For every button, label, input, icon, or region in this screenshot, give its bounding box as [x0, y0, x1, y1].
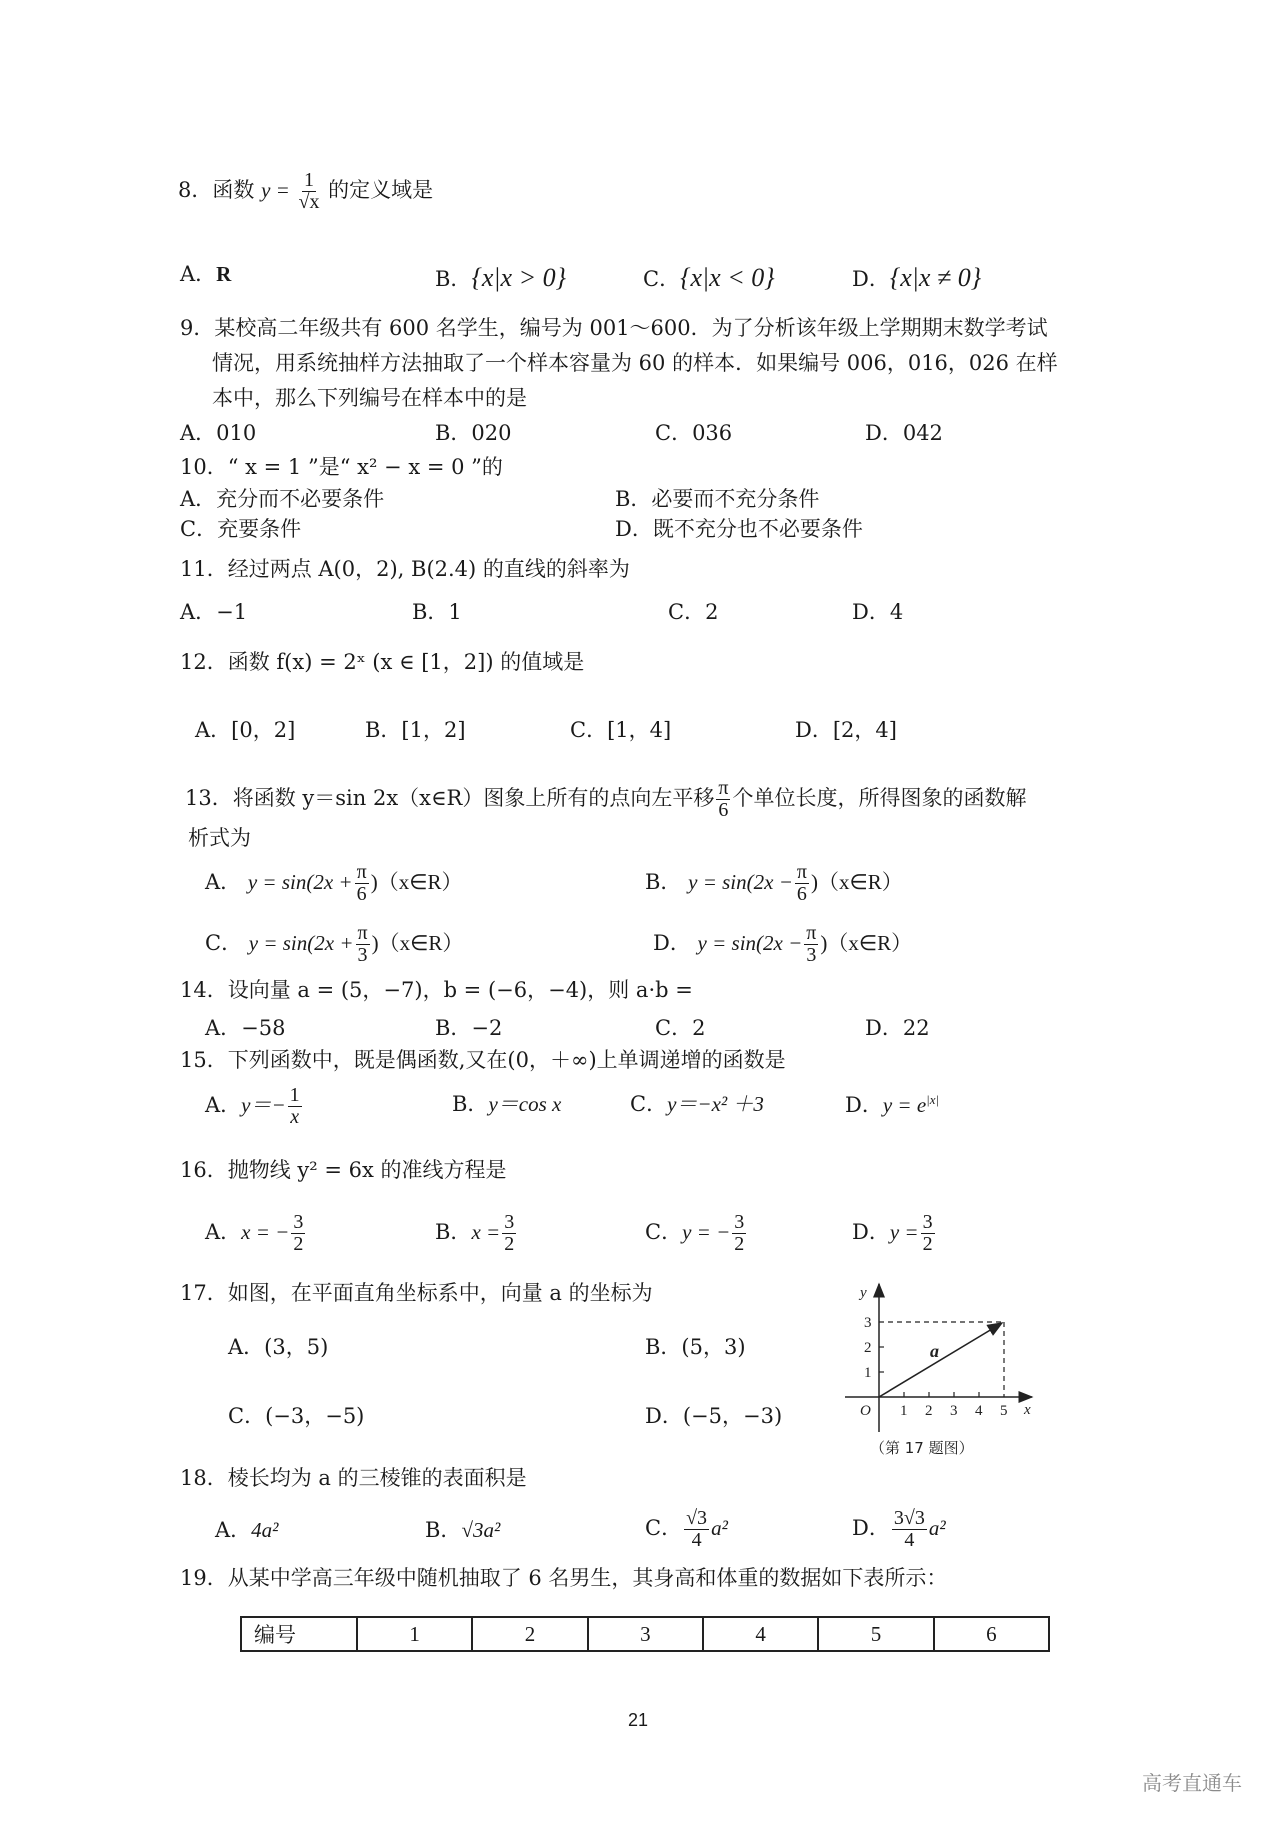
option-label: C． — [643, 267, 680, 291]
option-expr: y = sin(2x − — [688, 870, 793, 894]
q9-option-c[interactable]: C．036 — [655, 421, 732, 446]
x-axis-label: x — [1023, 1402, 1031, 1418]
option-expr: y = − — [682, 1220, 730, 1244]
option-expr: y＝− — [241, 1093, 286, 1117]
frac-den: 2 — [504, 1234, 514, 1255]
q13-stem: 13．将函数 y＝sin 2x（x∈R）图象上所有的点向左平移π6个单位长度，所… — [185, 778, 1026, 821]
q13-option-a[interactable]: A． y = sin(2x +π6)（x∈R） — [205, 862, 463, 905]
q13-fraction: π6 — [716, 778, 730, 821]
option-expr: √3a² — [461, 1518, 500, 1542]
q13-text-pre: 13．将函数 y＝sin 2x（x∈R）图象上所有的点向左平移 — [185, 786, 714, 810]
y-tick-2: 2 — [864, 1340, 872, 1356]
frac-den: 2 — [293, 1234, 303, 1255]
option-expr: y = e — [883, 1093, 926, 1117]
q10-option-a[interactable]: A．充分而不必要条件 — [180, 487, 384, 512]
frac-num: 3 — [291, 1212, 305, 1234]
frac-num: 1 — [288, 1085, 302, 1107]
q17-coordinate-figure: 1 2 3 4 5 1 2 3 O x y a （第 17 题图） — [820, 1272, 1060, 1462]
option-fraction: 1x — [288, 1085, 302, 1128]
q11-option-d[interactable]: D．4 — [852, 600, 903, 625]
q18-option-c[interactable]: C．√34a² — [645, 1508, 728, 1551]
q17-option-b[interactable]: B．(5，3) — [645, 1335, 746, 1360]
q15-option-a[interactable]: A．y＝−1x — [205, 1085, 304, 1128]
option-domain: )（x∈R） — [811, 870, 903, 894]
option-expr: a² — [929, 1516, 946, 1540]
option-label: A． — [205, 870, 241, 894]
option-fraction: π3 — [804, 923, 818, 966]
q9-line-2: 情况，用系统抽样方法抽取了一个样本容量为 60 的样本．如果编号 006，016… — [212, 351, 1058, 376]
q15-stem: 15．下列函数中，既是偶函数,又在(0，＋∞)上单调递增的函数是 — [180, 1048, 786, 1073]
option-domain: )（x∈R） — [371, 870, 463, 894]
frac-den: 2 — [734, 1234, 744, 1255]
q17-option-a[interactable]: A．(3，5) — [228, 1335, 328, 1360]
q10-option-d[interactable]: D．既不充分也不必要条件 — [615, 517, 863, 542]
q13-line-2: 析式为 — [188, 826, 251, 851]
option-label: D． — [852, 1516, 890, 1540]
option-label: C． — [645, 1220, 682, 1244]
option-expr: y = sin(2x + — [248, 870, 353, 894]
q13-option-d[interactable]: D． y = sin(2x −π3)（x∈R） — [653, 923, 912, 966]
q15-option-b[interactable]: B．y＝cos x — [452, 1092, 561, 1117]
option-label: B． — [425, 1518, 461, 1542]
option-value: {x|x < 0} — [680, 263, 775, 292]
q8-text-post: 的定义域是 — [328, 178, 433, 202]
option-fraction: √34 — [684, 1508, 709, 1551]
x-tick-1: 1 — [900, 1403, 908, 1419]
q10-option-b[interactable]: B．必要而不充分条件 — [615, 487, 819, 512]
frac-num: 3 — [921, 1212, 935, 1234]
q19-stem: 19．从某中学高三年级中随机抽取了 6 名男生，其身高和体重的数据如下表所示： — [180, 1566, 947, 1591]
q18-option-d[interactable]: D．3√34a² — [852, 1508, 946, 1551]
table-header-cell: 2 — [472, 1617, 587, 1651]
q14-option-a[interactable]: A．−58 — [205, 1016, 285, 1041]
q12-option-a[interactable]: A．[0，2] — [195, 718, 295, 743]
q13-text-post: 个单位长度，所得图象的函数解 — [732, 786, 1026, 810]
q19-data-table: 编号 1 2 3 4 5 6 — [240, 1616, 1050, 1652]
q9-option-a[interactable]: A．010 — [180, 421, 256, 446]
option-label: D． — [653, 931, 691, 955]
frac-num: √3 — [684, 1508, 709, 1530]
option-fraction: 3√34 — [892, 1508, 927, 1551]
q17-stem: 17．如图，在平面直角坐标系中，向量 a 的坐标为 — [180, 1281, 653, 1306]
option-label: B． — [435, 267, 471, 291]
option-label: C． — [645, 1516, 682, 1540]
option-fraction: 32 — [502, 1212, 516, 1255]
frac-den: 6 — [797, 884, 807, 905]
q9-line-3: 本中，那么下列编号在样本中的是 — [212, 386, 527, 411]
q8-expr: y = — [261, 178, 290, 202]
option-expr: y＝−x² ＋3 — [667, 1092, 764, 1116]
option-label: A． — [205, 1093, 241, 1117]
frac-den: 2 — [923, 1234, 933, 1255]
frac-num: 3√3 — [892, 1508, 927, 1530]
q14-option-c[interactable]: C．2 — [655, 1016, 705, 1041]
q8-fraction: 1√x — [299, 170, 320, 213]
q10-stem: 10．“ x = 1 ”是“ x² − x = 0 ”的 — [180, 455, 503, 480]
option-label: D． — [852, 267, 890, 291]
y-axis-label: y — [858, 1285, 867, 1301]
option-expr: y = — [890, 1220, 919, 1244]
x-tick-5: 5 — [1000, 1403, 1008, 1419]
q8-stem: 8．函数 y = 1√x 的定义域是 — [178, 170, 433, 213]
q12-option-c[interactable]: C．[1，4] — [570, 718, 671, 743]
option-expr: a² — [711, 1516, 728, 1540]
q16-option-b[interactable]: B．x =32 — [435, 1212, 518, 1255]
option-label: A． — [180, 262, 216, 286]
option-fraction: 32 — [921, 1212, 935, 1255]
q9-option-b[interactable]: B．020 — [435, 421, 512, 446]
q16-option-a[interactable]: A．x = −32 — [205, 1212, 307, 1255]
option-fraction: 32 — [291, 1212, 305, 1255]
option-exponent: |x| — [926, 1092, 939, 1107]
option-label: C． — [205, 931, 242, 955]
option-label: B． — [645, 870, 681, 894]
x-tick-4: 4 — [975, 1403, 983, 1419]
frac-den: 4 — [904, 1530, 914, 1551]
table-header-cell: 1 — [357, 1617, 472, 1651]
table-row: 编号 1 2 3 4 5 6 — [241, 1617, 1049, 1651]
q8-option-a[interactable]: A．R — [180, 262, 231, 287]
frac-num: 1 — [302, 170, 316, 192]
q16-stem: 16．抛物线 y² = 6x 的准线方程是 — [180, 1158, 507, 1183]
q16-option-c[interactable]: C．y = −32 — [645, 1212, 748, 1255]
q18-option-b[interactable]: B．√3a² — [425, 1518, 500, 1543]
option-expr: y = sin(2x + — [249, 931, 354, 955]
q14-option-d[interactable]: D．22 — [865, 1016, 930, 1041]
q8-text-pre: 函数 — [212, 178, 254, 202]
q11-option-b[interactable]: B．1 — [412, 600, 462, 625]
option-expr: y＝cos x — [488, 1092, 561, 1116]
frac-den: 3 — [806, 945, 816, 966]
frac-den: 4 — [692, 1530, 702, 1551]
q14-stem: 14．设向量 a = (5，−7)，b = (−6，−4)，则 a·b = — [180, 978, 693, 1003]
option-domain: )（x∈R） — [372, 931, 464, 955]
q11-option-c[interactable]: C．2 — [668, 600, 718, 625]
vector-label: a — [930, 1341, 939, 1361]
frac-num: π — [356, 923, 370, 945]
option-value: {x|x > 0} — [471, 263, 566, 292]
q13-option-c[interactable]: C． y = sin(2x +π3)（x∈R） — [205, 923, 463, 966]
option-label: C． — [630, 1092, 667, 1116]
frac-num: π — [804, 923, 818, 945]
x-tick-3: 3 — [950, 1403, 958, 1419]
q13-option-b[interactable]: B． y = sin(2x −π6)（x∈R） — [645, 862, 903, 905]
frac-num: π — [716, 778, 730, 800]
table-header-cell: 编号 — [241, 1617, 357, 1651]
table-header-cell: 6 — [934, 1617, 1049, 1651]
q11-stem: 11．经过两点 A(0，2), B(2.4) 的直线的斜率为 — [180, 557, 630, 582]
q12-option-d[interactable]: D．[2，4] — [795, 718, 897, 743]
option-expr: y = sin(2x − — [698, 931, 803, 955]
frac-num: 3 — [502, 1212, 516, 1234]
q9-option-d[interactable]: D．042 — [865, 421, 943, 446]
q14-option-b[interactable]: B．−2 — [435, 1016, 502, 1041]
option-label: D． — [852, 1220, 890, 1244]
q16-option-d[interactable]: D．y =32 — [852, 1212, 937, 1255]
q12-stem: 12．函数 f(x) = 2ˣ (x ∈ [1，2]) 的值域是 — [180, 650, 584, 675]
q17-option-c[interactable]: C．(−3，−5) — [228, 1404, 364, 1429]
option-expr: 4a² — [251, 1518, 278, 1542]
frac-den: √x — [299, 192, 320, 213]
page-number: 21 — [628, 1710, 648, 1731]
y-tick-3: 3 — [864, 1315, 872, 1331]
x-tick-2: 2 — [925, 1403, 933, 1419]
frac-num: 3 — [732, 1212, 746, 1234]
frac-num: π — [355, 862, 369, 884]
q12-option-b[interactable]: B．[1，2] — [365, 718, 466, 743]
frac-den: 6 — [718, 800, 728, 821]
q11-option-a[interactable]: A．−1 — [180, 600, 247, 625]
option-label: A． — [205, 1220, 241, 1244]
y-tick-1: 1 — [864, 1365, 872, 1381]
q18-option-a[interactable]: A．4a² — [215, 1518, 278, 1543]
q15-option-d[interactable]: D．y = e|x| — [845, 1092, 939, 1118]
q8-option-c[interactable]: C．{x|x < 0} — [643, 262, 775, 293]
frac-den: 3 — [358, 945, 368, 966]
option-expr: x = − — [241, 1220, 289, 1244]
origin-label: O — [860, 1403, 871, 1419]
option-fraction: π6 — [355, 862, 369, 905]
option-domain: )（x∈R） — [820, 931, 912, 955]
table-header-cell: 5 — [818, 1617, 933, 1651]
option-value: {x|x ≠ 0} — [890, 263, 981, 292]
frac-den: 6 — [357, 884, 367, 905]
option-fraction: π3 — [356, 923, 370, 966]
vector-a — [879, 1323, 1002, 1397]
option-expr: x = — [471, 1220, 500, 1244]
figure-caption: （第 17 题图） — [870, 1439, 974, 1457]
q8-number: 8． — [178, 178, 212, 202]
q9-line-1: 9．某校高二年级共有 600 名学生，编号为 001～600．为了分析该年级上学… — [180, 316, 1048, 341]
option-label: B． — [435, 1220, 471, 1244]
q8-option-d[interactable]: D．{x|x ≠ 0} — [852, 262, 981, 293]
q10-option-c[interactable]: C．充要条件 — [180, 517, 301, 542]
q15-option-c[interactable]: C．y＝−x² ＋3 — [630, 1092, 764, 1117]
q17-option-d[interactable]: D．(−5，−3) — [645, 1404, 782, 1429]
option-fraction: π6 — [795, 862, 809, 905]
watermark: 高考直通车 — [1142, 1767, 1242, 1796]
q18-stem: 18．棱长均为 a 的三棱锥的表面积是 — [180, 1466, 527, 1491]
option-fraction: 32 — [732, 1212, 746, 1255]
option-label: D． — [845, 1093, 883, 1117]
table-header-cell: 3 — [588, 1617, 703, 1651]
q8-option-b[interactable]: B．{x|x > 0} — [435, 262, 566, 293]
option-label: A． — [215, 1518, 251, 1542]
frac-num: π — [795, 862, 809, 884]
option-label: B． — [452, 1092, 488, 1116]
option-value: R — [216, 262, 231, 286]
table-header-cell: 4 — [703, 1617, 818, 1651]
frac-den: x — [290, 1107, 299, 1128]
